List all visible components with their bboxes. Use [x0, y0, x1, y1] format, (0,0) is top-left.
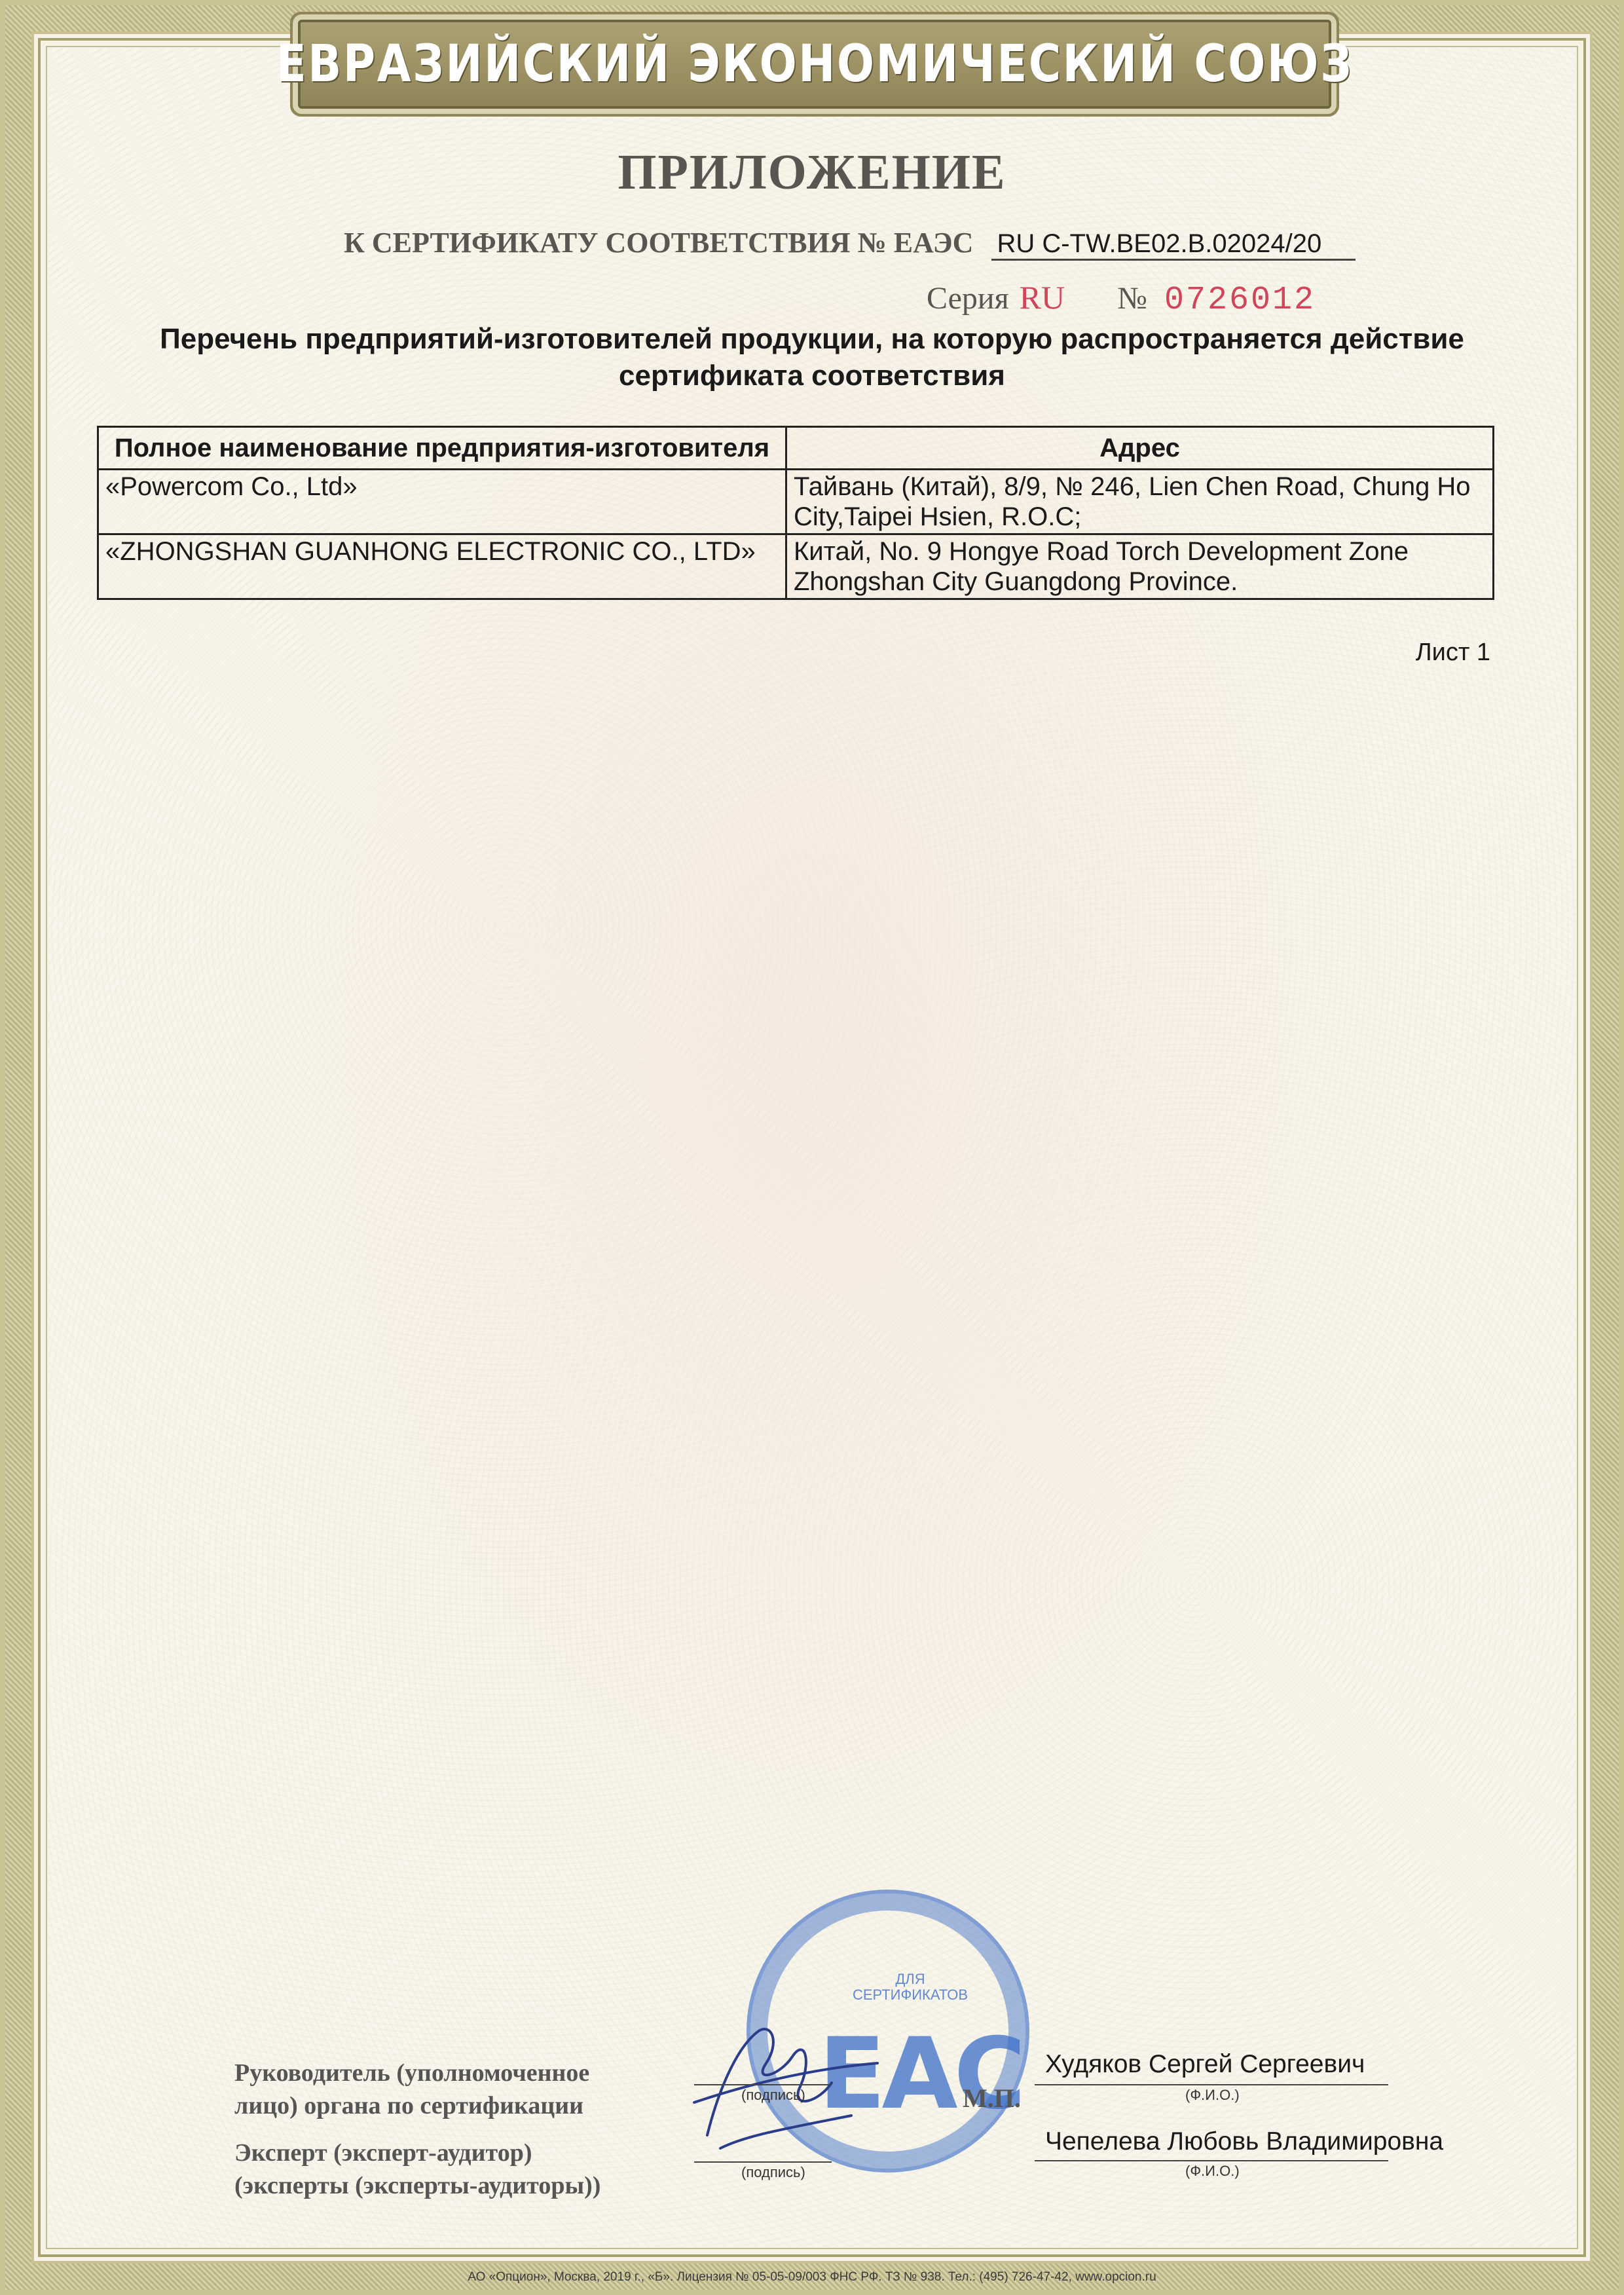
head-signature-label: Руководитель (уполномоченное лицо) орган…: [234, 2057, 589, 2122]
expert-signature-caption: (подпись): [741, 2164, 805, 2181]
expert-label-line-1: Эксперт (эксперт-аудитор): [234, 2136, 600, 2169]
column-header-address: Адрес: [786, 427, 1494, 470]
series-line: Серия RU № 0726012: [927, 278, 1316, 319]
series-code: RU: [1020, 278, 1065, 316]
manufacturer-name: «ZHONGSHAN GUANHONG ELECTRONIC CO., LTD»: [98, 534, 786, 599]
expert-signature-line: [694, 2161, 832, 2163]
expert-name: Чепелева Любовь Владимировна: [1045, 2127, 1443, 2156]
expert-fio-caption: (Ф.И.О.): [1185, 2163, 1240, 2180]
head-signature-caption: (подпись): [741, 2087, 805, 2104]
union-banner: ЕВРАЗИЙСКИЙ ЭКОНОМИЧЕСКИЙ СОЮЗ: [298, 20, 1331, 109]
expert-signature-label: Эксперт (эксперт-аудитор) (эксперты (экс…: [234, 2136, 600, 2202]
certificate-prefix: К СЕРТИФИКАТУ СООТВЕТСТВИЯ № ЕАЭС: [344, 226, 973, 259]
head-signature-line: [694, 2084, 832, 2085]
table-header-row: Полное наименование предприятия-изготови…: [98, 427, 1494, 470]
heading-line-1: Перечень предприятий-изготовителей проду…: [79, 321, 1545, 358]
manufacturers-table: Полное наименование предприятия-изготови…: [97, 426, 1494, 600]
head-fio-caption: (Ф.И.О.): [1185, 2087, 1240, 2104]
number-label: №: [1117, 280, 1147, 316]
head-name: Худяков Сергей Сергеевич: [1045, 2050, 1365, 2079]
stamp-inner-text: ДЛЯ СЕРТИФИКАТОВ: [851, 1971, 969, 2003]
expert-label-line-2: (эксперты (эксперты-аудиторы)): [234, 2169, 600, 2202]
manufacturer-name: «Powercom Co., Ltd»: [98, 470, 786, 534]
certificate-number: RU C-TW.BE02.B.02024/20: [991, 229, 1356, 261]
table-row: «ZHONGSHAN GUANHONG ELECTRONIC CO., LTD»…: [98, 534, 1494, 599]
page-title: ПРИЛОЖЕНИЕ: [0, 144, 1624, 201]
series-label: Серия: [927, 280, 1009, 316]
banner-title: ЕВРАЗИЙСКИЙ ЭКОНОМИЧЕСКИЙ СОЮЗ: [276, 35, 1354, 94]
manufacturer-address: Китай, No. 9 Hongye Road Torch Developme…: [786, 534, 1494, 599]
head-name-line: [1035, 2084, 1388, 2085]
serial-number: 0726012: [1164, 282, 1316, 319]
head-label-line-2: лицо) органа по сертификации: [234, 2089, 589, 2122]
heading-line-2: сертификата соответствия: [79, 358, 1545, 394]
seal-label: М.П.: [963, 2083, 1021, 2114]
table-row: «Powercom Co., Ltd» Тайвань (Китай), 8/9…: [98, 470, 1494, 534]
certificate-reference: К СЕРТИФИКАТУ СООТВЕТСТВИЯ № ЕАЭС RU C-T…: [344, 226, 1356, 261]
list-heading: Перечень предприятий-изготовителей проду…: [79, 321, 1545, 394]
manufacturer-address: Тайвань (Китай), 8/9, № 246, Lien Chen R…: [786, 470, 1494, 534]
head-label-line-1: Руководитель (уполномоченное: [234, 2057, 589, 2089]
handwritten-signature: [681, 2004, 891, 2161]
column-header-name: Полное наименование предприятия-изготови…: [98, 427, 786, 470]
expert-name-line: [1035, 2160, 1388, 2161]
sheet-number: Лист 1: [1416, 639, 1490, 667]
printer-footer: АО «Опцион», Москва, 2019 г., «Б». Лицен…: [0, 2270, 1624, 2285]
